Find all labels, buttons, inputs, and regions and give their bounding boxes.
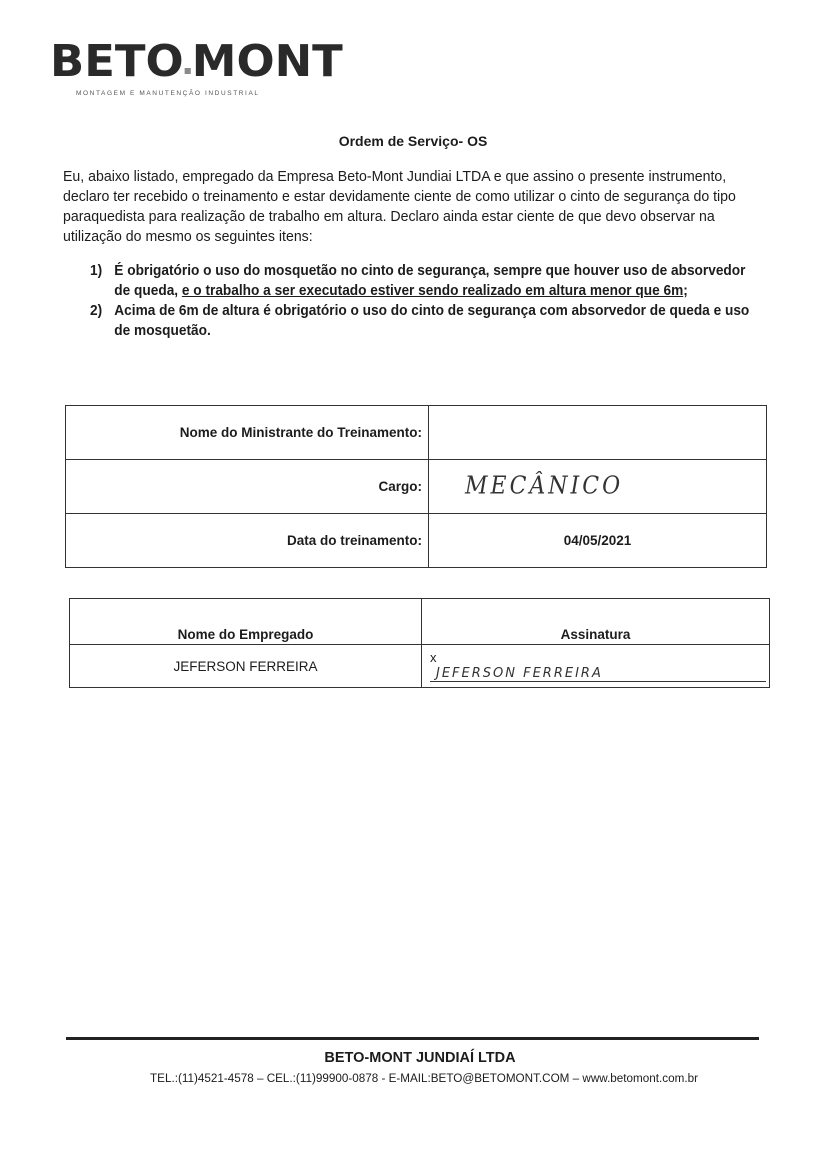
table-row: Data do treinamento: 04/05/2021: [66, 514, 767, 568]
table-row: JEFERSON FERREIRA xJEFERSON FERREIRA: [70, 645, 770, 688]
rule-text: É obrigatório o uso do mosquetão no cint…: [114, 261, 756, 301]
rule-text-end: ;: [683, 282, 688, 299]
logo-text-mont: MONT: [192, 36, 343, 87]
footer-divider: [66, 1037, 759, 1040]
role-label: Cargo:: [66, 460, 429, 514]
rule-item-2: 2) Acima de 6m de altura é obrigatório o…: [90, 301, 756, 341]
intro-paragraph: Eu, abaixo listado, empregado da Empresa…: [63, 167, 762, 247]
logo-text-beto: BETO: [50, 36, 184, 87]
employee-name-header: Nome do Empregado: [70, 599, 422, 645]
training-info-table: Nome do Ministrante do Treinamento: Carg…: [65, 405, 767, 568]
signature-header: Assinatura: [422, 599, 770, 645]
training-date-field[interactable]: 04/05/2021: [429, 514, 767, 568]
trainer-name-field[interactable]: [429, 406, 767, 460]
training-date-label: Data do treinamento:: [66, 514, 429, 568]
footer-contact-info: TEL.:(11)4521-4578 – CEL.:(11)99900-0878…: [21, 1071, 826, 1085]
signature-handwritten: JEFERSON FERREIRA: [436, 666, 603, 681]
rule-text: Acima de 6m de altura é obrigatório o us…: [114, 301, 756, 341]
logo-tagline: MONTAGEM E MANUTENÇÃO INDUSTRIAL: [76, 90, 290, 97]
rule-item-1: 1) É obrigatório o uso do mosquetão no c…: [90, 261, 756, 301]
rules-list: 1) É obrigatório o uso do mosquetão no c…: [90, 261, 756, 341]
role-handwritten-value: MECÂNICO: [465, 473, 623, 501]
signature-cell[interactable]: xJEFERSON FERREIRA: [422, 645, 770, 688]
table-row: Nome do Ministrante do Treinamento:: [66, 406, 767, 460]
rule-number: 2): [90, 301, 114, 341]
footer-company-name: BETO-MONT JUNDIAÍ LTDA: [0, 1050, 826, 1066]
logo-dot: [185, 68, 191, 74]
table-row: Cargo: MECÂNICO: [66, 460, 767, 514]
signature-line[interactable]: JEFERSON FERREIRA: [430, 665, 766, 682]
rule-text-underlined: e o trabalho a ser executado estiver sen…: [182, 282, 683, 299]
logo-wordmark: BETOMONT: [50, 40, 295, 84]
document-title: Ordem de Serviço- OS: [0, 133, 826, 149]
employee-name-cell: JEFERSON FERREIRA: [70, 645, 422, 688]
trainer-name-label: Nome do Ministrante do Treinamento:: [66, 406, 429, 460]
employee-table: Nome do Empregado Assinatura JEFERSON FE…: [69, 598, 770, 688]
role-field[interactable]: MECÂNICO: [429, 460, 767, 514]
company-logo: BETOMONT MONTAGEM E MANUTENÇÃO INDUSTRIA…: [50, 40, 290, 97]
rule-number: 1): [90, 261, 114, 301]
table-header-row: Nome do Empregado Assinatura: [70, 599, 770, 645]
signature-prefix: x: [430, 650, 437, 665]
